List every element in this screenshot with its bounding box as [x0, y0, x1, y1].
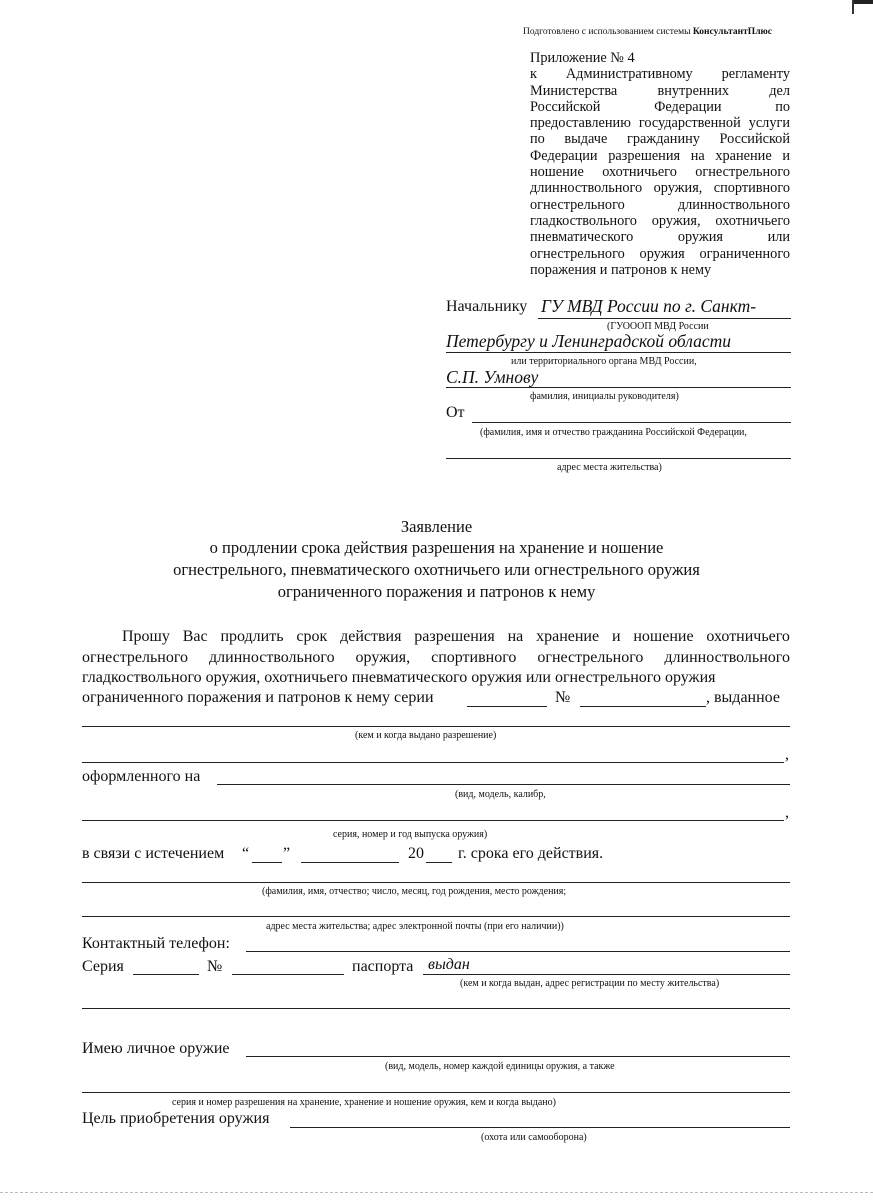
appendix-line: предоставлениюгосударственнойуслуги — [530, 115, 790, 131]
expiry-day-field[interactable] — [252, 862, 282, 863]
appendix-line: гладкоствольногооружия,охотничьего — [530, 213, 790, 229]
hint-weapon-type: (вид, модель, калибр, — [455, 789, 546, 800]
appendix-word: оружия — [640, 246, 685, 262]
number-sign: № — [555, 689, 570, 707]
appendix-word: огнестрельного — [530, 246, 625, 262]
appendix-word: государственной — [639, 115, 741, 131]
hint-purpose: (охота или самооборона) — [481, 1132, 587, 1143]
hint-issued-by: (кем и когда выдано разрешение) — [355, 730, 496, 741]
purpose-field[interactable] — [290, 1127, 790, 1128]
weapon-details-field[interactable] — [82, 820, 784, 821]
expiry-prefix: в связи с истечением — [82, 845, 224, 863]
request-line-1: ПрошуВаспродлитьсрокдействияразрешенияна… — [122, 628, 790, 646]
appendix-word: Российской — [720, 131, 790, 147]
address-field[interactable] — [446, 458, 791, 459]
appendix-word: и — [782, 148, 790, 164]
passport-issued-field[interactable]: выдан — [428, 956, 470, 974]
appendix-line: РоссийскойФедерациипо — [530, 99, 790, 115]
to-field-1[interactable]: ГУ МВД России по г. Санкт- — [541, 296, 756, 317]
appendix-block: Приложение № 4 кАдминистративномурегламе… — [530, 50, 790, 278]
appendix-word: предоставлению — [530, 115, 631, 131]
appendix-word: внутренних — [657, 83, 729, 99]
request-word: Вас — [183, 628, 208, 646]
own-weapon-permit-field[interactable] — [82, 1092, 790, 1093]
hint-residence: адрес места жительства; адрес электронно… — [266, 921, 564, 932]
appendix-word: или — [768, 229, 790, 245]
appendix-word: на — [691, 148, 705, 164]
appendix-word: Административному — [566, 66, 693, 82]
appendix-word: оружия, — [652, 213, 701, 229]
appendix-line: повыдачегражданинуРоссийской — [530, 131, 790, 147]
request-word: огнестрельного — [537, 649, 643, 667]
request-word: и — [612, 628, 621, 646]
document-subtitle-3: ограниченного поражения и патронов к нем… — [0, 582, 873, 602]
appendix-text: кАдминистративномурегламентуМинистерства… — [530, 66, 790, 262]
hint-own-weapon-permit: серия и номер разрешения на хранение, хр… — [172, 1097, 556, 1108]
hint-own-weapon: (вид, модель, номер каждой единицы оружи… — [385, 1061, 615, 1072]
open-quote: “ — [242, 845, 249, 863]
request-word: срок — [296, 628, 327, 646]
appendix-word: Министерства — [530, 83, 617, 99]
appendix-word: Федерации — [530, 148, 598, 164]
appendix-line: огнестрельногодлинноствольного — [530, 197, 790, 213]
appendix-word: огнестрельного — [695, 164, 790, 180]
purpose-label: Цель приобретения оружия — [82, 1110, 269, 1128]
appendix-word: гражданину — [627, 131, 700, 147]
hint-personal-data: (фамилия, имя, отчество; число, месяц, г… — [262, 886, 566, 897]
consultant-plus-brand: КонсультантПлюс — [693, 27, 772, 37]
hint-weapon-serial: серия, номер и год выпуска оружия) — [333, 829, 487, 840]
appendix-word: к — [530, 66, 537, 82]
appendix-word: Федерации — [654, 99, 722, 115]
request-word: огнестрельного — [82, 649, 188, 667]
document-subtitle-2: огнестрельного, пневматического охотничь… — [0, 560, 873, 580]
expiry-suffix: г. срока его действия. — [458, 845, 603, 863]
to-field-line-3 — [446, 387, 791, 388]
appendix-word: длинноствольного — [678, 197, 790, 213]
appendix-word: хранение — [715, 148, 771, 164]
permit-number-field[interactable] — [580, 706, 706, 707]
own-weapon-label: Имею личное оружие — [82, 1040, 229, 1058]
hint-citizen-name: (фамилия, имя и отчество гражданина Росс… — [480, 427, 747, 438]
request-word: оружия, — [356, 649, 411, 667]
appendix-word: выдаче — [564, 131, 607, 147]
request-word: ношение — [633, 628, 693, 646]
appendix-last-line: поражения и патронов к нему — [530, 262, 790, 278]
hint-head-name: фамилия, инициалы руководителя) — [530, 391, 679, 402]
permit-series-field[interactable] — [467, 706, 547, 707]
appendix-word: охотничьего — [715, 213, 790, 229]
hint-territorial: или территориального органа МВД России, — [511, 356, 697, 367]
document-subtitle-1: о продлении срока действия разрешения на… — [0, 538, 873, 558]
to-field-3[interactable]: С.П. Умнову — [446, 367, 538, 388]
request-word: длинноствольного — [209, 649, 335, 667]
close-quote: ” — [283, 845, 290, 863]
hint-address: адрес места жительства) — [557, 462, 662, 473]
appendix-word: охотничьего — [602, 164, 677, 180]
appendix-line: огнестрельногооружияограниченного — [530, 246, 790, 262]
appendix-word: оружия — [678, 229, 723, 245]
request-word: разрешения — [414, 628, 494, 646]
request-word: продлить — [220, 628, 283, 646]
registered-field[interactable] — [217, 784, 790, 785]
appendix-line: пневматическогооружияили — [530, 229, 790, 245]
phone-field[interactable] — [246, 951, 790, 952]
passport-number-label: № — [207, 958, 222, 976]
passport-label: паспорта — [352, 958, 413, 976]
request-word: на — [508, 628, 524, 646]
passport-address-field[interactable] — [82, 1008, 790, 1009]
to-label: Начальнику — [446, 298, 527, 316]
appendix-word: оружия, — [654, 180, 703, 196]
appendix-word: пневматического — [530, 229, 633, 245]
request-word: охотничьего — [706, 628, 790, 646]
appendix-word: спортивного — [714, 180, 790, 196]
prepared-with-notice: Подготовлено с использованием системы Ко… — [523, 27, 772, 37]
passport-issued-field-line — [423, 974, 790, 975]
appendix-word: длинноствольного — [530, 180, 642, 196]
appendix-word: ношение — [530, 164, 584, 180]
request-word: спортивного — [431, 649, 516, 667]
from-field[interactable] — [472, 422, 791, 423]
appendix-line: кАдминистративномурегламенту — [530, 66, 790, 82]
document-title: Заявление — [0, 517, 873, 537]
scan-artifact — [852, 0, 854, 14]
request-line-2: огнестрельногодлинноствольногооружия,спо… — [82, 649, 790, 667]
scan-edge-artifact — [0, 1192, 873, 1194]
issued-by-field-2[interactable] — [82, 762, 784, 763]
request-word: Прошу — [122, 628, 170, 646]
passport-number-field[interactable] — [232, 974, 344, 975]
expiry-month-field[interactable] — [301, 862, 399, 863]
request-word: длинноствольного — [664, 649, 790, 667]
request-word: действия — [340, 628, 401, 646]
personal-data-field[interactable] — [82, 882, 790, 883]
own-weapon-field[interactable] — [246, 1056, 790, 1057]
appendix-word: разрешения — [608, 148, 680, 164]
from-label: От — [446, 404, 465, 422]
appendix-line: длинноствольногооружия,спортивного — [530, 180, 790, 196]
request-word: хранение — [536, 628, 599, 646]
year-prefix: 20 — [408, 845, 424, 863]
request-line-4: ограниченного поражения и патронов к нем… — [82, 689, 434, 707]
appendix-line: Федерацииразрешениянахранениеи — [530, 148, 790, 164]
to-field-2[interactable]: Петербургу и Ленинградской области — [446, 331, 731, 352]
residence-field[interactable] — [82, 916, 790, 917]
appendix-word: огнестрельного — [530, 197, 625, 213]
comma: , — [785, 746, 789, 764]
appendix-line: Министерствавнутреннихдел — [530, 83, 790, 99]
appendix-word: по — [530, 131, 545, 147]
appendix-word: Российской — [530, 99, 600, 115]
request-line-3: гладкоствольного оружия, охотничьего пне… — [82, 669, 716, 687]
phone-label: Контактный телефон: — [82, 935, 230, 953]
issued-suffix: , выданное — [706, 689, 780, 707]
issued-by-field[interactable] — [82, 726, 790, 727]
expiry-year-field[interactable] — [426, 862, 452, 863]
to-field-line-2 — [446, 352, 791, 353]
scan-artifact — [852, 0, 873, 4]
appendix-title: Приложение № 4 — [530, 50, 790, 66]
appendix-word: ограниченного — [700, 246, 790, 262]
passport-series-label: Серия — [82, 958, 124, 976]
appendix-line: ношениеохотничьегоогнестрельного — [530, 164, 790, 180]
comma: , — [785, 804, 789, 822]
to-field-line-1 — [538, 318, 791, 319]
hint-passport: (кем и когда выдан, адрес регистрации по… — [460, 978, 719, 989]
appendix-word: регламенту — [722, 66, 790, 82]
appendix-word: услуги — [749, 115, 790, 131]
appendix-word: гладкоствольного — [530, 213, 637, 229]
appendix-word: по — [775, 99, 790, 115]
passport-series-field[interactable] — [133, 974, 199, 975]
registered-label: оформленного на — [82, 768, 200, 786]
appendix-word: дел — [769, 83, 790, 99]
